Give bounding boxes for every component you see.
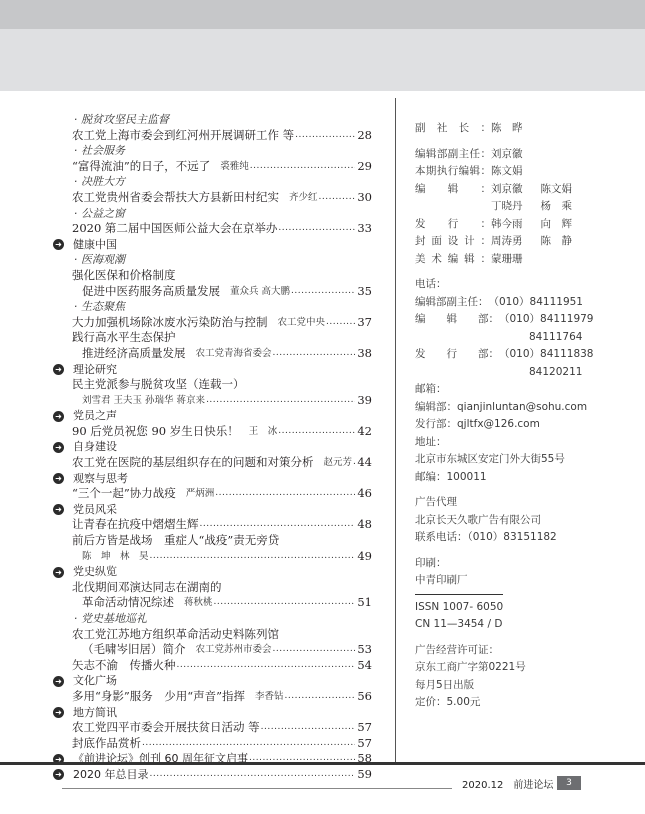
staff-role: 编辑部副主任： bbox=[415, 146, 491, 164]
entry-page: 33 bbox=[356, 221, 372, 237]
toc-entry[interactable]: 农工党四平市委会开展扶贫日活动 等57 bbox=[52, 720, 372, 736]
license-heading: 广告经营许可证： bbox=[415, 642, 625, 660]
toc-entry[interactable]: 让青春在抗疫中熠熠生辉48 bbox=[52, 517, 372, 533]
arrow-circle-icon: ➜ bbox=[53, 411, 64, 422]
toc-section[interactable]: ➜2020 年总目录59 bbox=[52, 767, 372, 783]
price: 定价：5.00元 bbox=[415, 694, 625, 712]
toc-entry[interactable]: 多用“身影”服务 少用“声音”指挥李香钻56 bbox=[52, 689, 372, 705]
staff-names: 周涛勇陈 静 bbox=[491, 233, 590, 251]
entry-page: 57 bbox=[356, 720, 372, 736]
dot-leader bbox=[250, 159, 355, 175]
staff-name: 陈 静 bbox=[541, 233, 573, 251]
toc-subsection: · 脱贫攻坚民主监督 bbox=[52, 112, 372, 128]
ad-phone: 联系电话：（010）83151182 bbox=[415, 529, 625, 547]
ad-agent: 北京长天久歌广告有限公司 bbox=[415, 512, 625, 530]
toc-section[interactable]: ➜党史纵览 bbox=[52, 564, 372, 580]
toc-entry[interactable]: 农工党贵州省委会帮扶大方县新田村纪实齐少红30 bbox=[52, 190, 372, 206]
toc-entry[interactable]: 刘雪君 王夫玉 孙瑞华 蒋京来39 bbox=[52, 393, 372, 409]
toc-entry[interactable]: 大力加强机场除冰废水污染防治与控制农工党中央37 bbox=[52, 315, 372, 331]
entry-title: 农工党四平市委会开展扶贫日活动 等 bbox=[72, 720, 260, 736]
header-band-top bbox=[0, 0, 645, 29]
entry-page: 57 bbox=[356, 736, 372, 752]
entry-author: 蒋秋桃 bbox=[184, 595, 213, 611]
toc-entry[interactable]: 革命活动情况综述蒋秋桃51 bbox=[52, 595, 372, 611]
staff-row: 丁晓丹杨 乘 bbox=[415, 198, 625, 216]
section-page: 59 bbox=[356, 767, 372, 783]
entry-page: 46 bbox=[356, 486, 372, 502]
staff-names: 刘京徽陈文娟 bbox=[491, 181, 590, 199]
entry-title: 2020 第二届中国医师公益大会在京举办 bbox=[72, 221, 277, 237]
divider bbox=[415, 594, 503, 595]
entry-page: 53 bbox=[356, 642, 372, 658]
staff-row: 编辑：刘京徽陈文娟 bbox=[415, 181, 625, 199]
arrow-circle-icon: ➜ bbox=[53, 442, 64, 453]
phone-number: 84111764 bbox=[415, 329, 625, 347]
staff-role: 美术编辑： bbox=[415, 251, 491, 269]
toc-subsection: · 社会服务 bbox=[52, 143, 372, 159]
page-number: 3 bbox=[557, 776, 581, 790]
staff-names: 陈文娟 bbox=[491, 163, 541, 181]
entry-title: （毛啸岑旧居）简介 bbox=[82, 642, 186, 658]
toc-entry-title-line[interactable]: 北伐期间邓演达同志在湖南的 bbox=[52, 580, 372, 596]
entry-page: 37 bbox=[356, 315, 372, 331]
toc-subsection: · 生态聚焦 bbox=[52, 299, 372, 315]
toc-subsection: · 党史基地巡礼 bbox=[52, 611, 372, 627]
phone-label: 编辑部副主任： bbox=[415, 294, 489, 312]
staff-row: 副社长：陈 晔 bbox=[415, 120, 625, 138]
entry-page: 39 bbox=[356, 393, 372, 409]
dot-leader bbox=[285, 689, 355, 705]
toc-entry[interactable]: 陈 坤 林 昊49 bbox=[52, 549, 372, 565]
staff-row: 发行：韩今雨向 辉 bbox=[415, 216, 625, 234]
toc-entry[interactable]: 矢志不渝 传播火种54 bbox=[52, 658, 372, 674]
address: 北京市东城区安定门外大街55号 bbox=[415, 451, 625, 469]
section-title: 观察与思考 bbox=[73, 471, 128, 487]
entry-page: 56 bbox=[356, 689, 372, 705]
phone-heading: 电话： bbox=[415, 276, 625, 294]
entry-title: 大力加强机场除冰废水污染防治与控制 bbox=[72, 315, 268, 331]
cn-number: CN 11—3454 / D bbox=[415, 616, 625, 634]
dot-leader bbox=[261, 720, 355, 736]
toc-section[interactable]: ➜地方简讯 bbox=[52, 705, 372, 721]
staff-row: 编辑部副主任：刘京徽 bbox=[415, 146, 625, 164]
staff-names: 陈 晔 bbox=[491, 120, 541, 138]
phone-row: 编辑部副主任：（010）84111951 bbox=[415, 294, 625, 312]
staff-name: 陈 晔 bbox=[491, 120, 523, 138]
toc-entry[interactable]: 90 后党员祝您 90 岁生日快乐！王 冰42 bbox=[52, 424, 372, 440]
phone-number: （010）84111838 bbox=[499, 346, 594, 364]
toc-subsection: · 公益之窗 bbox=[52, 206, 372, 222]
entry-title: 践行高水平生态保护 bbox=[72, 330, 176, 346]
arrow-circle-icon: ➜ bbox=[53, 364, 64, 375]
staff-name: 周涛勇 bbox=[491, 233, 523, 251]
entry-title: 北伐期间邓演达同志在湖南的 bbox=[72, 580, 222, 596]
entry-author: 王 冰 bbox=[249, 424, 278, 440]
phone-row: 编 辑 部：（010）84111979 bbox=[415, 311, 625, 329]
print-heading: 印刷： bbox=[415, 555, 625, 573]
entry-page: 49 bbox=[356, 549, 372, 565]
entry-page: 54 bbox=[356, 658, 372, 674]
section-title: 文化广场 bbox=[73, 673, 117, 689]
entry-title: “富得流油”的日子，不远了 bbox=[72, 159, 210, 175]
ad-agent-heading: 广告代理 bbox=[415, 494, 625, 512]
entry-title: 革命活动情况综述 bbox=[82, 595, 174, 611]
toc-section[interactable]: ➜健康中国 bbox=[52, 237, 372, 253]
entry-page: 38 bbox=[356, 346, 372, 362]
footer-issue: 2020.12前进论坛 bbox=[462, 776, 553, 791]
entry-title: 多用“身影”服务 少用“声音”指挥 bbox=[72, 689, 245, 705]
dot-leader bbox=[142, 736, 355, 752]
entry-title: 前后方皆是战场 重症人“战疫”责无旁贷 bbox=[72, 533, 279, 549]
entry-author: 严炳洲 bbox=[186, 486, 215, 502]
dot-leader bbox=[150, 767, 356, 783]
toc-entry[interactable]: 推进经济高质量发展农工党青海省委会38 bbox=[52, 346, 372, 362]
address-heading: 地址： bbox=[415, 434, 625, 452]
staff-list: 副社长：陈 晔编辑部副主任：刘京徽本期执行编辑：陈文娟编辑：刘京徽陈文娟丁晓丹杨… bbox=[415, 120, 625, 268]
entry-title: 农工党上海市委会到红河州开展调研工作 等 bbox=[72, 128, 294, 144]
staff-name: 刘京徽 bbox=[491, 146, 523, 164]
staff-name: 蒙珊珊 bbox=[491, 251, 523, 269]
toc-section[interactable]: ➜文化广场 bbox=[52, 673, 372, 689]
toc-section[interactable]: ➜自身建设 bbox=[52, 439, 372, 455]
arrow-circle-icon: ➜ bbox=[53, 769, 64, 780]
staff-row: 美术编辑：蒙珊珊 bbox=[415, 251, 625, 269]
section-title: 理论研究 bbox=[73, 362, 117, 378]
toc-section[interactable]: ➜党员之声 bbox=[52, 408, 372, 424]
entry-page: 42 bbox=[356, 424, 372, 440]
toc-entry[interactable]: 农工党上海市委会到红河州开展调研工作 等28 bbox=[52, 128, 372, 144]
dot-leader bbox=[353, 455, 355, 471]
entry-title: 让青春在抗疫中熠熠生辉 bbox=[72, 517, 199, 533]
section-title: 自身建设 bbox=[73, 439, 117, 455]
dot-leader bbox=[200, 517, 356, 533]
footer-rule bbox=[62, 788, 452, 789]
phone-label: 发 行 部： bbox=[415, 346, 499, 364]
entry-author: 农工党青海省委会 bbox=[196, 346, 272, 362]
dot-leader bbox=[150, 549, 355, 565]
entry-page: 51 bbox=[356, 595, 372, 611]
toc-entry[interactable]: 促进中医药服务高质量发展董众兵 高大鹏35 bbox=[52, 284, 372, 300]
entry-title: 90 后党员祝您 90 岁生日快乐！ bbox=[72, 424, 239, 440]
staff-role: 编辑： bbox=[415, 181, 491, 199]
license: 京东工商广字第0221号 bbox=[415, 659, 625, 677]
entry-title: 农工党贵州省委会帮扶大方县新田村纪实 bbox=[72, 190, 279, 206]
section-title: 2020 年总目录 bbox=[73, 767, 149, 783]
staff-names: 蒙珊珊 bbox=[491, 251, 541, 269]
bottom-rule bbox=[0, 762, 645, 765]
dot-leader bbox=[273, 642, 355, 658]
phone-number: （010）84111979 bbox=[499, 311, 594, 329]
staff-name: 陈文娟 bbox=[541, 181, 573, 199]
toc-entry-title-line[interactable]: 民主党派参与脱贫攻坚（连载一） bbox=[52, 377, 372, 393]
phone-list: 编辑部副主任：（010）84111951编 辑 部：（010）841119798… bbox=[415, 294, 625, 382]
dot-leader bbox=[295, 128, 355, 144]
toc-section[interactable]: ➜观察与思考 bbox=[52, 471, 372, 487]
staff-name: 向 辉 bbox=[541, 216, 573, 234]
entry-author: 农工党中央 bbox=[278, 315, 326, 331]
toc-entry-title-line[interactable]: 农工党江苏地方组织革命活动史料陈列馆 bbox=[52, 627, 372, 643]
staff-role: 副社长： bbox=[415, 120, 491, 138]
magazine-name: 前进论坛 bbox=[513, 780, 553, 791]
toc-subsection: · 决胜大方 bbox=[52, 174, 372, 190]
entry-author: 裘雅纯 bbox=[220, 159, 249, 175]
entry-page: 48 bbox=[356, 517, 372, 533]
dot-leader bbox=[214, 595, 355, 611]
publish-schedule: 每月5日出版 bbox=[415, 677, 625, 695]
entry-page: 29 bbox=[356, 159, 372, 175]
staff-name: 陈文娟 bbox=[491, 163, 523, 181]
staff-row: 封面设计：周涛勇陈 静 bbox=[415, 233, 625, 251]
arrow-circle-icon: ➜ bbox=[53, 567, 64, 578]
entry-title: 民主党派参与脱贫攻坚（连载一） bbox=[72, 377, 245, 393]
staff-name: 韩今雨 bbox=[491, 216, 523, 234]
staff-role: 发行： bbox=[415, 216, 491, 234]
entry-author: 齐少红 bbox=[289, 190, 318, 206]
section-title: 党员风采 bbox=[73, 502, 117, 518]
staff-name: 丁晓丹 bbox=[491, 198, 523, 216]
arrow-circle-icon: ➜ bbox=[53, 239, 64, 250]
toc-entry[interactable]: “富得流油”的日子，不远了裘雅纯29 bbox=[52, 159, 372, 175]
arrow-circle-icon: ➜ bbox=[53, 707, 64, 718]
entry-author: 李香钻 bbox=[255, 689, 284, 705]
toc-section[interactable]: ➜党员风采 bbox=[52, 502, 372, 518]
dot-leader bbox=[273, 346, 355, 362]
section-title: 地方简讯 bbox=[73, 705, 117, 721]
entry-page: 35 bbox=[356, 284, 372, 300]
staff-role: 本期执行编辑： bbox=[415, 163, 491, 181]
entry-title: “三个一起”协力战疫 bbox=[72, 486, 176, 502]
entry-author: 农工党苏州市委会 bbox=[196, 642, 272, 658]
phone-row: 发 行 部：（010）84111838 bbox=[415, 346, 625, 364]
dot-leader bbox=[278, 424, 355, 440]
staff-names: 丁晓丹杨 乘 bbox=[491, 198, 590, 216]
entry-page: 44 bbox=[356, 455, 372, 471]
entry-title: 农工党在医院的基层组织存在的问题和对策分析 bbox=[72, 455, 314, 471]
dot-leader bbox=[291, 284, 355, 300]
staff-name: 杨 乘 bbox=[541, 198, 573, 216]
entry-title: 封底作品赏析 bbox=[72, 736, 141, 752]
entry-title: 农工党江苏地方组织革命活动史料陈列馆 bbox=[72, 627, 279, 643]
staff-name: 刘京徽 bbox=[491, 181, 523, 199]
header-band-mid bbox=[0, 29, 645, 91]
printer: 中青印刷厂 bbox=[415, 572, 625, 590]
dot-leader bbox=[206, 393, 355, 409]
issn: ISSN 1007- 6050 bbox=[415, 599, 625, 617]
toc-subsection: · 医海观潮 bbox=[52, 252, 372, 268]
entry-author: 赵元芳 bbox=[324, 455, 353, 471]
toc-entry[interactable]: （毛啸岑旧居）简介农工党苏州市委会53 bbox=[52, 642, 372, 658]
table-of-contents: · 脱贫攻坚民主监督农工党上海市委会到红河州开展调研工作 等28· 社会服务“富… bbox=[52, 112, 372, 783]
dot-leader bbox=[278, 221, 355, 237]
toc-entry[interactable]: 2020 第二届中国医师公益大会在京举办33 bbox=[52, 221, 372, 237]
entry-author: 董众兵 高大鹏 bbox=[230, 284, 290, 300]
entry-title: 促进中医药服务高质量发展 bbox=[82, 284, 220, 300]
toc-entry[interactable]: “三个一起”协力战疫严炳洲46 bbox=[52, 486, 372, 502]
postcode: 邮编：100011 bbox=[415, 469, 625, 487]
entry-page: 30 bbox=[356, 190, 372, 206]
dot-leader bbox=[215, 486, 355, 502]
staff-row: 本期执行编辑：陈文娟 bbox=[415, 163, 625, 181]
masthead: 副社长：陈 晔编辑部副主任：刘京徽本期执行编辑：陈文娟编辑：刘京徽陈文娟丁晓丹杨… bbox=[415, 120, 625, 712]
entry-author: 陈 坤 林 昊 bbox=[82, 549, 149, 565]
arrow-circle-icon: ➜ bbox=[53, 473, 64, 484]
entry-page: 28 bbox=[356, 128, 372, 144]
entry-title: 强化医保和价格制度 bbox=[72, 268, 176, 284]
issue-date: 2020.12 bbox=[462, 780, 503, 791]
entry-title: 矢志不渝 传播火种 bbox=[72, 658, 176, 674]
staff-names: 韩今雨向 辉 bbox=[491, 216, 590, 234]
entry-title: 推进经济高质量发展 bbox=[82, 346, 186, 362]
dot-leader bbox=[319, 190, 355, 206]
phone-number: （010）84111951 bbox=[489, 294, 584, 312]
staff-role bbox=[415, 198, 491, 216]
section-title: 党史纵览 bbox=[73, 564, 117, 580]
arrow-circle-icon: ➜ bbox=[53, 676, 64, 687]
phone-number: 84120211 bbox=[415, 364, 625, 382]
email-distribution[interactable]: 发行部：qjltfx@126.com bbox=[415, 416, 625, 434]
email-heading: 邮箱： bbox=[415, 381, 625, 399]
section-title: 健康中国 bbox=[73, 237, 117, 253]
staff-role: 封面设计： bbox=[415, 233, 491, 251]
column-divider bbox=[395, 98, 396, 762]
staff-names: 刘京徽 bbox=[491, 146, 541, 164]
toc-entry[interactable]: 封底作品赏析57 bbox=[52, 736, 372, 752]
toc-entry-title-line[interactable]: 前后方皆是战场 重症人“战疫”责无旁贷 bbox=[52, 533, 372, 549]
dot-leader bbox=[326, 315, 355, 331]
toc-entry-title-line[interactable]: 践行高水平生态保护 bbox=[52, 330, 372, 346]
arrow-circle-icon: ➜ bbox=[53, 504, 64, 515]
email-editorial[interactable]: 编辑部：qianjinluntan@sohu.com bbox=[415, 399, 625, 417]
dot-leader bbox=[177, 658, 356, 674]
toc-entry[interactable]: 农工党在医院的基层组织存在的问题和对策分析赵元芳44 bbox=[52, 455, 372, 471]
toc-entry-title-line[interactable]: 强化医保和价格制度 bbox=[52, 268, 372, 284]
phone-label: 编 辑 部： bbox=[415, 311, 499, 329]
toc-section[interactable]: ➜理论研究 bbox=[52, 362, 372, 378]
entry-author: 刘雪君 王夫玉 孙瑞华 蒋京来 bbox=[82, 393, 205, 409]
section-title: 党员之声 bbox=[73, 408, 117, 424]
